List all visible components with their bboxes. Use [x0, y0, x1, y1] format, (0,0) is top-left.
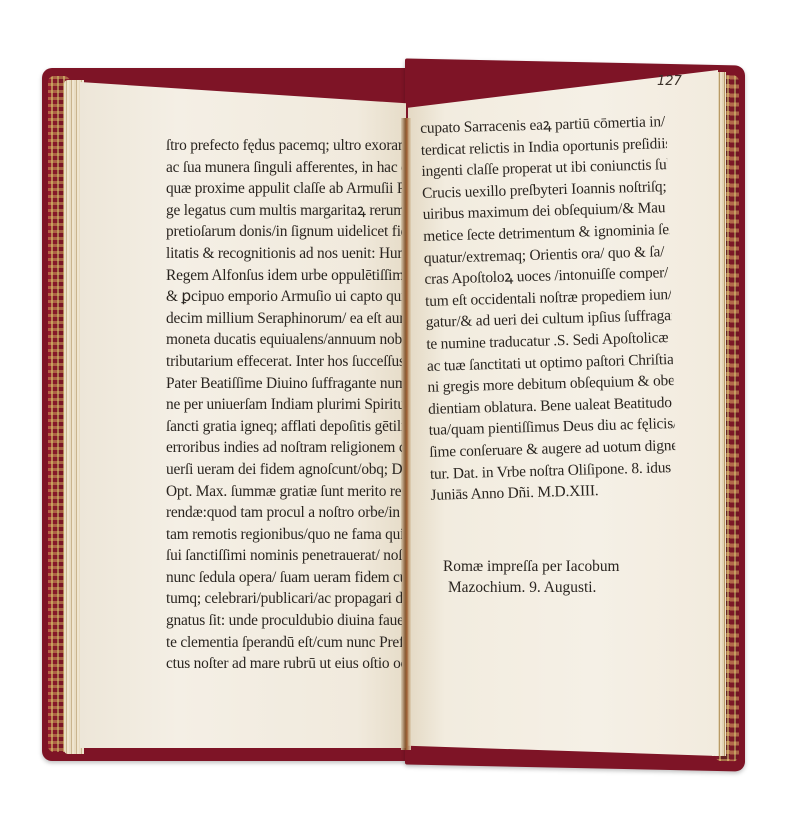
text-line: tumq; celebrari/publicari/ac propagari d…: [166, 588, 402, 610]
text-line: uerſi ueram dei fidem agnoſcunt/obq; Deo: [166, 459, 402, 481]
text-line: & ꝑcipuo emporio Armuſio ui capto quin: [166, 286, 402, 308]
colophon-line: Mazochium. 9. Augusti.: [443, 577, 620, 598]
text-line: nunc ſedula opera/ ſuam ueram fidem cul/: [166, 567, 402, 589]
text-line: Pater Beatiſſime Diuino ſuffragante numi…: [166, 373, 402, 395]
text-line: Regem Alfonſus idem urbe oppulētiſſima: [166, 265, 402, 287]
colophon: Romæ impreſſa per Iacobum Mazochium. 9. …: [443, 556, 620, 598]
colophon-line: Romæ impreſſa per Iacobum: [443, 556, 620, 577]
text-line: Opt. Max. ſummæ gratiæ ſunt merito refe: [166, 481, 402, 503]
folio-number: 127: [657, 74, 682, 89]
text-line: ſui ſanctiſſimi nominis penetrauerat/ no…: [166, 545, 402, 567]
text-line: ctus noſter ad mare rubrū ut eius oſtio …: [166, 653, 402, 675]
book-photo: ſtro prefecto fędus pacemq; ultro exoran…: [0, 0, 793, 828]
text-line: moneta ducatis equiualens/annuum nobis: [166, 329, 402, 351]
text-line: quæ proxime appulit claſſe ab Armuſii Re: [166, 178, 402, 200]
text-line: ac ſua munera ſinguli afferentes, in hac…: [166, 157, 402, 179]
text-line: gnatus ſit: unde proculdubio diuina faue…: [166, 610, 402, 632]
text-line: decim millium Seraphinorum/ ea eſt aurea: [166, 308, 402, 330]
text-line: pretioſarum donis/in ſignum uidelicet fi…: [166, 221, 402, 243]
right-page-text: cupato Sarracenis eaꝝ partiū cōmertia in…: [420, 111, 677, 506]
text-line: tam remotis regionibus/quo ne fama quidē: [166, 524, 402, 546]
text-line: tributarium effecerat. Inter hos ſucceſſ…: [166, 351, 402, 373]
book-gutter: [401, 118, 411, 750]
text-line: ge legatus cum multis margaritaꝝ rerumq;: [166, 200, 402, 222]
text-line: litatis & recognitionis ad nos uenit: Hu…: [166, 243, 402, 265]
text-line: erroribus indies ad noſtram religionem c…: [166, 437, 402, 459]
left-page-text: ſtro prefecto fędus pacemq; ultro exoran…: [166, 135, 402, 675]
text-line: rendæ:quod tam procul a noſtro orbe/in: [166, 502, 402, 524]
text-line: ſtro prefecto fędus pacemq; ultro exoran…: [166, 135, 402, 157]
text-line: te clementia ſperandū eſt/cum nunc Prefe…: [166, 632, 402, 654]
text-line: ſancti gratia igneq; afflati depoſitis g…: [166, 416, 402, 438]
text-line: ne per uniuerſam Indiam plurimi Spiritus: [166, 394, 402, 416]
